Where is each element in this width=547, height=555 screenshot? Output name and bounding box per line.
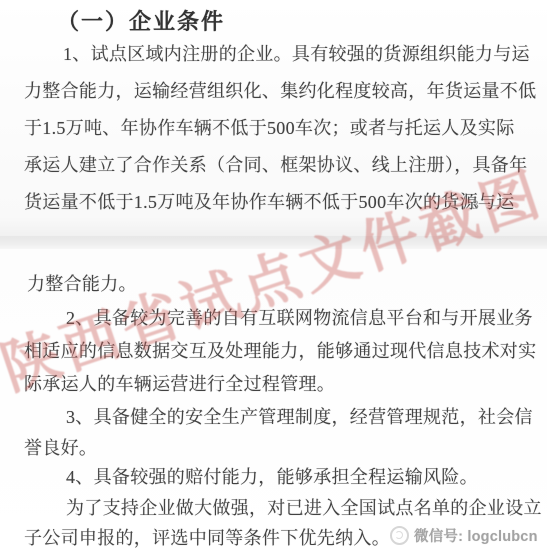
page-break-band [0, 236, 547, 249]
section-heading: （一）企业条件 [57, 5, 225, 36]
doc-line: 子公司申报的，评选中同等条件下优先纳入。 [24, 524, 390, 550]
doc-line: 4、具备较强的赔付能力，能够承担全程运输风险。 [66, 463, 478, 489]
doc-line: 3、具备健全的安全生产管理制度，经营管理规范，社会信 [66, 403, 533, 429]
doc-line: 货运量不低于1.5万吨及年协作车辆不低于500车次的货源与运 [24, 188, 515, 214]
doc-line: 于1.5万吨、年协作车辆不低于500车次；或者与托运人及实际 [24, 114, 515, 140]
doc-line: 际承运人的车辆运营进行全过程管理。 [24, 370, 335, 396]
page-number: — 3 — [450, 197, 504, 213]
doc-line: 承运人建立了合作关系（合同、框架协议、线上注册），具备年 [24, 151, 527, 177]
doc-line: 2、具备较为完善的自有互联网物流信息平台和与开展业务 [66, 304, 533, 330]
doc-line: 为了支持企业做大做强，对已进入全国试点名单的企业设立 [66, 494, 542, 520]
doc-line: 相适应的信息数据交互及处理能力，能够通过现代信息技术对实 [24, 337, 536, 363]
wechat-id-label: 微信号: logclubcn [414, 525, 538, 546]
doc-line: 1、试点区域内注册的企业。具有较强的货源组织能力与运 [63, 40, 530, 66]
doc-line: 誉良好。 [24, 434, 97, 460]
doc-line: 力整合能力，运输经营组织化、集约化程度较高，年货运量不低 [24, 77, 536, 103]
wechat-footer: 微信号: logclubcn [390, 524, 538, 546]
wechat-logo-icon [390, 526, 409, 545]
doc-line: 力整合能力。 [27, 270, 137, 296]
